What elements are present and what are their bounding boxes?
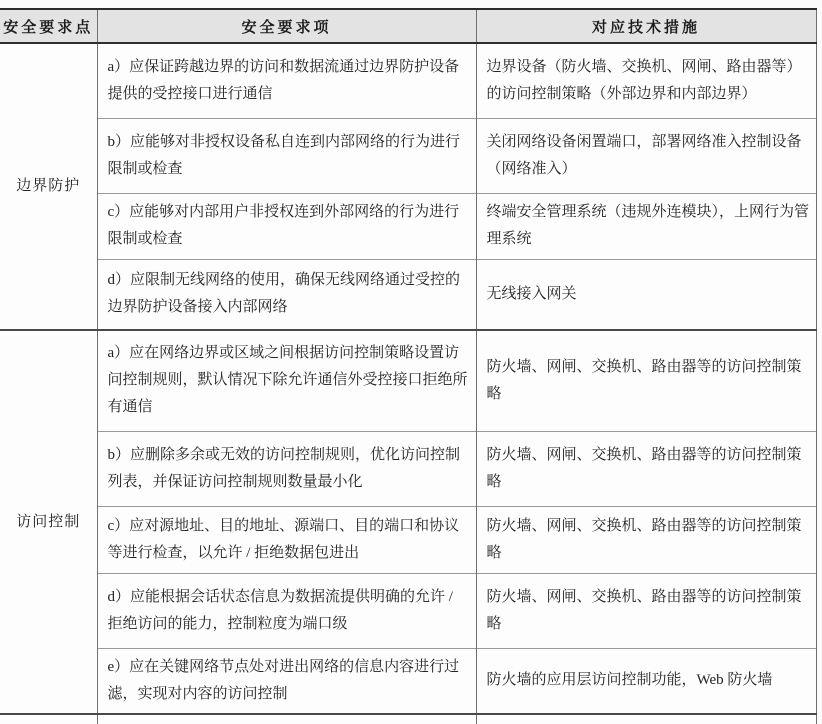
scanned-document-page: 安全要求点 安全要求项 对应技术措施 边界防护 a）应保证跨越边界的访问和数据流… [0,0,822,724]
security-requirements-table: 安全要求点 安全要求项 对应技术措施 边界防护 a）应保证跨越边界的访问和数据流… [0,8,817,724]
table-row: e）应在关键网络节点处对进出网络的信息内容进行过滤，实现对内容的访问控制 防火墙… [0,648,816,714]
requirement-cell: e）应在关键网络节点处对进出网络的信息内容进行过滤，实现对内容的访问控制 [97,648,476,714]
requirement-cell: b）应删除多余或无效的访问控制规则，优化访问控制列表，并保证访问控制规则数量最小… [97,431,476,506]
table-row: d）应限制无线网络的使用，确保无线网络通过受控的边界防护设备接入内部网络 无线接… [0,259,816,330]
section-label-access-control: 访问控制 [0,330,97,714]
table-row: b）应能够对非授权设备私自连到内部网络的行为进行限制或检查 关闭网络设备闲置端口… [0,118,816,193]
table-row: 边界防护 a）应保证跨越边界的访问和数据流通过边界防护设备提供的受控接口进行通信… [0,43,816,118]
table-row: 访问控制 a）应在网络边界或区域之间根据访问控制策略设置访问控制规则，默认情况下… [0,330,816,431]
measure-cell: 防火墙的应用层访问控制功能，Web 防火墙 [476,648,816,714]
header-cell-requirement: 安全要求项 [97,9,476,43]
requirement-cell: c）应对源地址、目的地址、源端口、目的端口和协议等进行检查，以允许 / 拒绝数据… [97,506,476,573]
measure-cell: 边界设备（防火墙、交换机、网闸、路由器等）的访问控制策略（外部边界和内部边界） [476,43,816,118]
table-row: b）应删除多余或无效的访问控制规则，优化访问控制列表，并保证访问控制规则数量最小… [0,431,816,506]
header-cell-measure: 对应技术措施 [476,9,816,43]
requirement-cell: a）应在网络边界或区域之间根据访问控制策略设置访问控制规则，默认情况下除允许通信… [97,330,476,431]
next-section-stub-row [0,714,816,724]
table-header: 安全要求点 安全要求项 对应技术措施 [0,9,816,43]
measure-cell: 无线接入网关 [476,259,816,330]
requirement-cell: b）应能够对非授权设备私自连到内部网络的行为进行限制或检查 [97,118,476,193]
requirement-cell: c）应能够对内部用户非授权连到外部网络的行为进行限制或检查 [97,193,476,259]
measure-cell: 防火墙、网闸、交换机、路由器等的访问控制策略 [476,431,816,506]
measure-cell: 防火墙、网闸、交换机、路由器等的访问控制策略 [476,330,816,431]
table-row: d）应能根据会话状态信息为数据流提供明确的允许 / 拒绝访问的能力，控制粒度为端… [0,573,816,648]
requirement-cell: a）应保证跨越边界的访问和数据流通过边界防护设备提供的受控接口进行通信 [97,43,476,118]
requirement-cell: d）应能根据会话状态信息为数据流提供明确的允许 / 拒绝访问的能力，控制粒度为端… [97,573,476,648]
header-row: 安全要求点 安全要求项 对应技术措施 [0,9,816,43]
measure-cell: 关闭网络设备闲置端口，部署网络准入控制设备（网络准入） [476,118,816,193]
requirement-cell: d）应限制无线网络的使用，确保无线网络通过受控的边界防护设备接入内部网络 [97,259,476,330]
table-row: c）应对源地址、目的地址、源端口、目的端口和协议等进行检查，以允许 / 拒绝数据… [0,506,816,573]
table-row: c）应能够对内部用户非授权连到外部网络的行为进行限制或检查 终端安全管理系统（违… [0,193,816,259]
header-cell-point: 安全要求点 [0,9,97,43]
section-label-boundary-protection: 边界防护 [0,43,97,330]
measure-cell: 终端安全管理系统（违规外连模块），上网行为管理系统 [476,193,816,259]
next-section-stub-cell [97,714,476,724]
measure-cell: 防火墙、网闸、交换机、路由器等的访问控制策略 [476,573,816,648]
measure-cell: 防火墙、网闸、交换机、路由器等的访问控制策略 [476,506,816,573]
next-section-stub-cell [0,714,97,724]
next-section-stub-cell [476,714,816,724]
table-body: 边界防护 a）应保证跨越边界的访问和数据流通过边界防护设备提供的受控接口进行通信… [0,43,816,724]
